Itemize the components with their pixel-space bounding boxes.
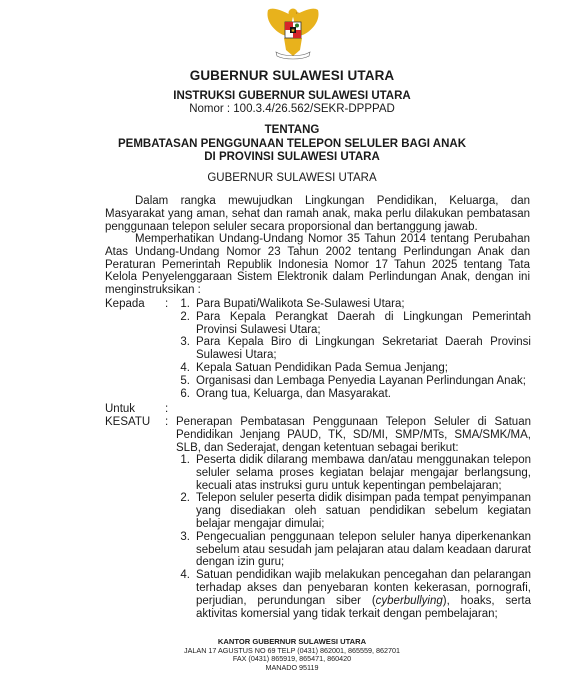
recipient-list: 1.Para Bupati/Walikota Se-Sulawesi Utara… <box>176 298 531 400</box>
kesatu-intro: Penerapan Pembatasan Penggunaan Telepon … <box>176 416 531 454</box>
issuer-heading: GUBERNUR SULAWESI UTARA <box>0 172 584 184</box>
list-item: 4.Kepala Satuan Pendidikan Pada Semua Je… <box>176 362 531 375</box>
list-item-text: Peserta didik dilarang membawa dan/atau … <box>196 454 531 492</box>
list-item-text: Para Bupati/Walikota Se-Sulawesi Utara; <box>196 298 531 311</box>
document-title-line1: PEMBATASAN PENGGUNAAN TELEPON SELULER BA… <box>0 138 584 150</box>
preamble-paragraph-1-text: Dalam rangka mewujudkan Lingkungan Pendi… <box>105 195 530 233</box>
footer-city: MANADO 95119 <box>0 664 584 673</box>
letterhead-footer: KANTOR GUBERNUR SULAWESI UTARA JALAN 17 … <box>0 638 584 672</box>
untuk-label: Untuk <box>105 403 135 415</box>
list-item-text: Pengecualian penggunaan telepon seluler … <box>196 531 531 569</box>
list-item-text: Para Kepala Biro di Lingkungan Sekretari… <box>196 336 531 362</box>
list-item-number: 4. <box>176 362 190 375</box>
list-item: 6.Orang tua, Keluarga, dan Masyarakat. <box>176 388 531 401</box>
list-item-text: Telepon seluler peserta didik disimpan p… <box>196 492 531 530</box>
preamble-paragraph-1: Dalam rangka mewujudkan Lingkungan Pendi… <box>105 195 530 233</box>
list-item: 5.Organisasi dan Lembaga Penyedia Layana… <box>176 375 531 388</box>
document-type: INSTRUKSI GUBERNUR SULAWESI UTARA <box>0 90 584 102</box>
untuk-colon: : <box>165 403 168 415</box>
list-item-number: 1. <box>176 298 190 311</box>
document-number: Nomor : 100.3.4/26.562/SEKR-DPPPAD <box>0 103 584 115</box>
list-item: 1.Para Bupati/Walikota Se-Sulawesi Utara… <box>176 298 531 311</box>
preamble-paragraph-2-text: Memperhatikan Undang-Undang Nomor 35 Tah… <box>105 233 530 296</box>
list-item-text: Satuan pendidikan wajib melakukan penceg… <box>196 569 531 620</box>
list-item-number: 2. <box>176 492 190 530</box>
list-item-number: 6. <box>176 388 190 401</box>
document-title-line2: DI PROVINSI SULAWESI UTARA <box>0 151 584 163</box>
list-item-italic-term: cyberbullying <box>376 595 443 607</box>
preamble-paragraph-2: Memperhatikan Undang-Undang Nomor 35 Tah… <box>105 233 530 297</box>
list-item-text: Para Kepala Perangkat Daerah di Lingkung… <box>196 311 531 337</box>
list-item: 2.Telepon seluler peserta didik disimpan… <box>176 492 531 530</box>
list-item-text: Organisasi dan Lembaga Penyedia Layanan … <box>196 375 531 388</box>
list-item-number: 4. <box>176 569 190 620</box>
list-item: 3.Para Kepala Biro di Lingkungan Sekreta… <box>176 336 531 362</box>
kesatu-provisions-list: 1.Peserta didik dilarang membawa dan/ata… <box>176 454 531 620</box>
kesatu-label: KESATU <box>105 416 150 428</box>
list-item: 4.Satuan pendidikan wajib melakukan penc… <box>176 569 531 620</box>
about-label: TENTANG <box>0 124 584 136</box>
list-item: 3.Pengecualian penggunaan telepon selule… <box>176 531 531 569</box>
list-item-number: 2. <box>176 311 190 337</box>
list-item-number: 3. <box>176 531 190 569</box>
list-item-text: Kepala Satuan Pendidikan Pada Semua Jenj… <box>196 362 531 375</box>
kepada-colon: : <box>165 298 168 310</box>
list-item: 2.Para Kepala Perangkat Daerah di Lingku… <box>176 311 531 337</box>
list-item-number: 1. <box>176 454 190 492</box>
institution-heading: GUBERNUR SULAWESI UTARA <box>0 68 584 83</box>
list-item-number: 5. <box>176 375 190 388</box>
list-item-number: 3. <box>176 336 190 362</box>
list-item-text: Orang tua, Keluarga, dan Masyarakat. <box>196 388 531 401</box>
garuda-emblem-icon <box>262 2 324 62</box>
kepada-label: Kepada <box>105 298 145 310</box>
kesatu-colon: : <box>165 416 168 428</box>
list-item: 1.Peserta didik dilarang membawa dan/ata… <box>176 454 531 492</box>
